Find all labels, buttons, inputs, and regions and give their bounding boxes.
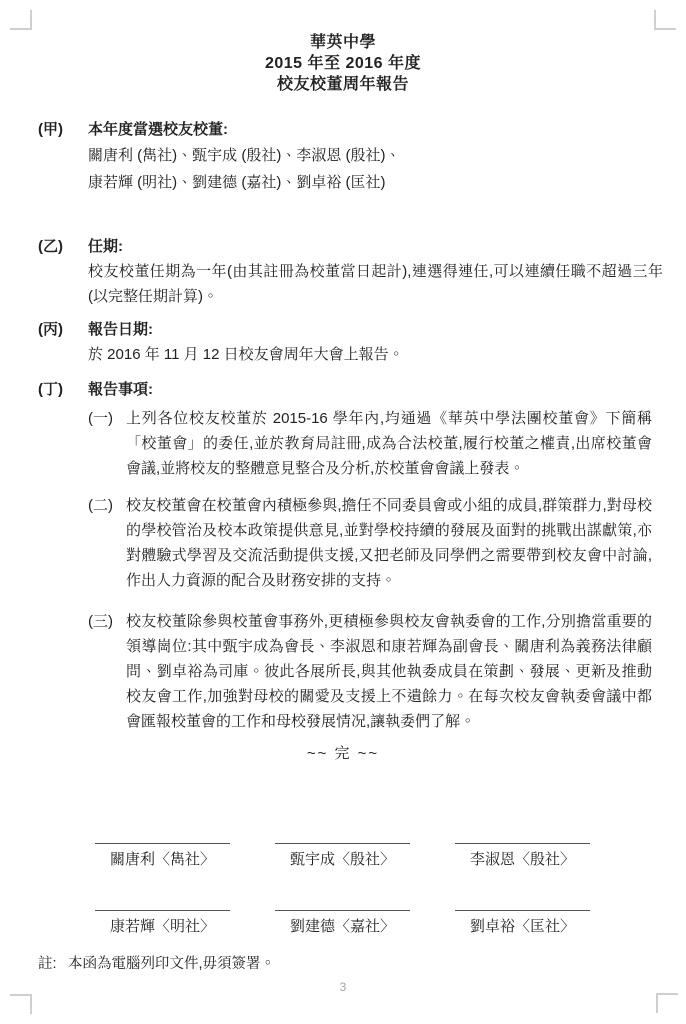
signature-block: 關唐利〈雋社〉 甄宇成〈殷社〉 李淑恩〈殷社〉 康若輝〈明社〉 劉建德〈嘉社〉 … xyxy=(95,843,590,937)
section-heading-row: (丁) 報告事項: xyxy=(38,377,686,402)
section-report-items: (丁) 報告事項: (一) 上列各位校友校董於 2015-16 學年內,均通過《… xyxy=(0,377,686,734)
signature-slot: 劉建德〈嘉社〉 xyxy=(275,910,410,937)
report-title: 校友校董周年報告 xyxy=(0,74,686,95)
section-label: (丙) xyxy=(38,317,88,342)
managers-names-line: 康若輝 (明社)、劉建德 (嘉社)、劉卓裕 (匡社) xyxy=(88,169,686,196)
end-of-document-mark: ~~ 完 ~~ xyxy=(0,742,686,763)
signature-slot: 甄宇成〈殷社〉 xyxy=(275,843,410,870)
section-report-date: (丙) 報告日期: 於 2016 年 11 月 12 日校友會周年大會上報告。 xyxy=(0,317,686,367)
section-heading-row: (乙) 任期: xyxy=(38,234,686,259)
section-heading-row: (甲) 本年度當選校友校董: xyxy=(38,117,686,142)
item-number: (一) xyxy=(88,406,126,481)
section-heading: 任期: xyxy=(88,234,123,259)
corner-mark-top-left xyxy=(10,10,32,30)
item-text: 上列各位校友校董於 2015-16 學年內,均通過《華英中學法團校董會》下簡稱「… xyxy=(126,406,652,481)
signature-slot: 關唐利〈雋社〉 xyxy=(95,843,230,870)
footnote: 註: 本函為電腦列印文件,毋須簽署。 xyxy=(38,953,686,975)
section-elected-managers: (甲) 本年度當選校友校董: 關唐利 (雋社)、甄宇成 (殷社)、李淑恩 (殷社… xyxy=(0,117,686,196)
item-number: (三) xyxy=(88,609,126,734)
section-body-text: 於 2016 年 11 月 12 日校友會周年大會上報告。 xyxy=(88,342,663,367)
corner-mark-bottom-right xyxy=(656,993,678,1013)
section-heading: 本年度當選校友校董: xyxy=(88,117,228,142)
managers-names-line: 關唐利 (雋社)、甄宇成 (殷社)、李淑恩 (殷社)、 xyxy=(88,142,686,169)
section-body-text: 校友校董任期為一年(由其註冊為校董當日起計),連選得連任,可以連續任職不超過三年… xyxy=(88,259,663,309)
item-text: 校友校董會在校董會內積極參與,擔任不同委員會或小組的成員,群策群力,對母校的學校… xyxy=(126,493,652,593)
section-heading: 報告日期: xyxy=(88,317,153,342)
section-heading: 報告事項: xyxy=(88,377,153,402)
report-item: (三) 校友校董除參與校董會事務外,更積極參與校友會執委會的工作,分別擔當重要的… xyxy=(88,609,652,734)
signature-slot: 李淑恩〈殷社〉 xyxy=(455,843,590,870)
section-label: (乙) xyxy=(38,234,88,259)
item-text: 校友校董除參與校董會事務外,更積極參與校友會執委會的工作,分別擔當重要的領導崗位… xyxy=(126,609,652,734)
report-year: 2015 年至 2016 年度 xyxy=(0,53,686,74)
section-label: (丁) xyxy=(38,377,88,402)
corner-mark-top-right xyxy=(654,10,676,30)
document-page: 華英中學 2015 年至 2016 年度 校友校董周年報告 (甲) 本年度當選校… xyxy=(0,0,686,1024)
signature-slot: 劉卓裕〈匡社〉 xyxy=(455,910,590,937)
signature-slot: 康若輝〈明社〉 xyxy=(95,910,230,937)
school-name: 華英中學 xyxy=(0,32,686,53)
item-number: (二) xyxy=(88,493,126,593)
signature-row: 關唐利〈雋社〉 甄宇成〈殷社〉 李淑恩〈殷社〉 xyxy=(95,843,590,870)
section-heading-row: (丙) 報告日期: xyxy=(38,317,686,342)
footnote-label: 註: xyxy=(38,953,68,975)
signature-row: 康若輝〈明社〉 劉建德〈嘉社〉 劉卓裕〈匡社〉 xyxy=(95,910,590,937)
document-title-block: 華英中學 2015 年至 2016 年度 校友校董周年報告 xyxy=(0,0,686,95)
report-item: (一) 上列各位校友校董於 2015-16 學年內,均通過《華英中學法團校董會》… xyxy=(88,406,652,481)
section-label: (甲) xyxy=(38,117,88,142)
section-term-of-office: (乙) 任期: 校友校董任期為一年(由其註冊為校董當日起計),連選得連任,可以連… xyxy=(0,234,686,309)
corner-mark-bottom-left xyxy=(10,994,32,1014)
report-item: (二) 校友校董會在校董會內積極參與,擔任不同委員會或小組的成員,群策群力,對母… xyxy=(88,493,652,593)
footnote-text: 本函為電腦列印文件,毋須簽署。 xyxy=(68,953,275,975)
page-number: 3 xyxy=(0,980,686,994)
